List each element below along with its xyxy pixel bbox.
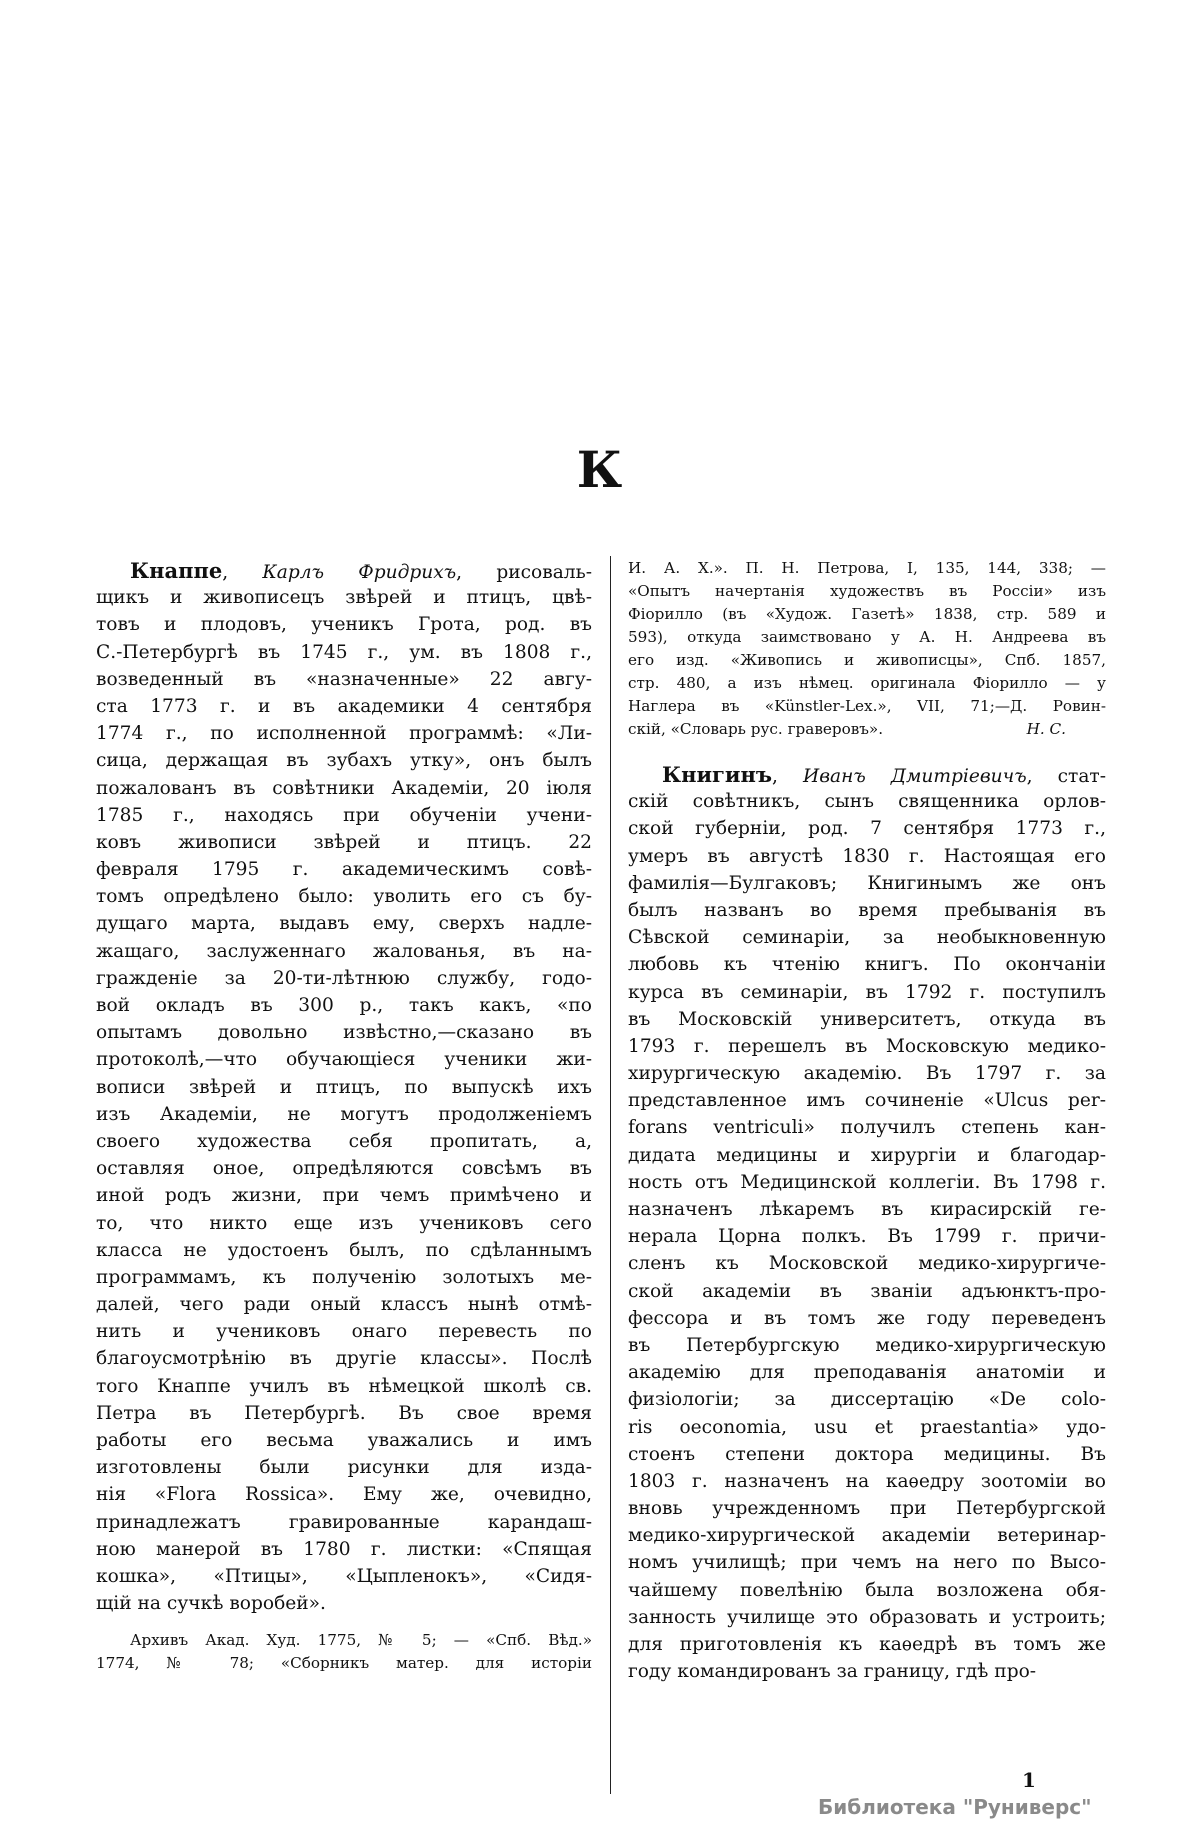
text-line: ность отъ Медицинской коллегіи. Въ 1798 … (628, 1169, 1106, 1196)
reference-line: скій, «Словарь рус. граверовъ». (628, 718, 883, 741)
text-line: академію для преподаванія анатоміи и (628, 1359, 1106, 1386)
text-line: любовь къ чтенію книгъ. По окончаніи (628, 951, 1106, 978)
text-line: Петра въ Петербургѣ. Въ свое время (96, 1400, 592, 1427)
text-line: нія «Flora Rossica». Ему же, очевидно, (96, 1481, 592, 1508)
text-line: скій совѣтникъ, сынъ священника орлов- (628, 788, 1106, 815)
text-line: сица, держащая въ зубахъ утку», онъ былъ (96, 747, 592, 774)
library-watermark: Библиотека "Руниверс" (818, 1795, 1092, 1819)
reference-last-line: скій, «Словарь рус. граверовъ». Н. С. (628, 718, 1106, 741)
entry-first-name-knigin: Иванъ Дмитріевичъ (803, 766, 1027, 787)
author-signature: Н. С. (1027, 718, 1106, 741)
text-line: курса въ семинаріи, въ 1792 г. поступилъ (628, 979, 1106, 1006)
text-line: изъ Академіи, не могутъ продолженіемъ (96, 1101, 592, 1128)
text-line: изготовлены были рисунки для изда- (96, 1454, 592, 1481)
text-line: того Кнаппе училъ въ нѣмецкой школѣ св. (96, 1373, 592, 1400)
text-line: вописи звѣрей и птицъ, по выпускѣ ихъ (96, 1074, 592, 1101)
text-line: щикъ и живописецъ звѣрей и птицъ, цвѣ- (96, 584, 592, 611)
right-column: И. А. Х.». П. Н. Петрова, I, 135, 144, 3… (628, 557, 1106, 1685)
text-line: 1785 г., находясь при обученіи учени- (96, 802, 592, 829)
text-line: щій на сучкѣ воробей». (96, 1590, 592, 1617)
section-letter-heading: К (0, 440, 1200, 499)
text-line: 1803 г. назначенъ на каѳедру зоотоміи во (628, 1468, 1106, 1495)
text-line: нить и учениковъ онаго перевесть по (96, 1318, 592, 1345)
text-line: умеръ въ августѣ 1830 г. Настоящая его (628, 843, 1106, 870)
text-line: вновь учрежденномъ при Петербургской (628, 1495, 1106, 1522)
text-line: для приготовленія къ каѳедрѣ въ томъ же (628, 1631, 1106, 1658)
entry-name-knappe: Кнаппе (130, 558, 222, 583)
text-line: далей, чего ради оный классъ нынѣ отмѣ- (96, 1291, 592, 1318)
text-line: класса не удостоенъ былъ, по сдѣланнымъ (96, 1237, 592, 1264)
text-line: принадлежатъ гравированные карандаш- (96, 1509, 592, 1536)
text-line: протоколѣ,—что обучающіеся ученики жи- (96, 1046, 592, 1073)
text-line: дущаго марта, выдавъ ему, сверхъ надле- (96, 910, 592, 937)
column-divider (610, 556, 611, 1794)
text-line: ris oeconomia, usu et praestantia» удо- (628, 1414, 1106, 1441)
left-column: Кнаппе, рисоваль-, Карлъ Фридрихъ, рисов… (96, 557, 592, 1675)
text-line: жащаго, заслуженнаго жалованья, въ на- (96, 938, 592, 965)
text-line: программамъ, къ полученію золотыхъ ме- (96, 1264, 592, 1291)
text-line: ною манерой въ 1780 г. листки: «Спящая (96, 1536, 592, 1563)
text-line: товъ и плодовъ, ученикъ Грота, род. въ (96, 611, 592, 638)
text-line: чайшему повелѣнію была возложена обя- (628, 1577, 1106, 1604)
reference-line: Наглера въ «Künstler-Lex.», VII, 71;—Д. … (628, 695, 1106, 718)
text-line: 1774 г., по исполненной программѣ: «Ли- (96, 720, 592, 747)
text-line: 1793 г. перешелъ въ Московскую медико- (628, 1033, 1106, 1060)
text-line: Сѣвской семинаріи, за необыкновенную (628, 924, 1106, 951)
text-line: занность училище это образовать и устрои… (628, 1604, 1106, 1631)
entry-heading-rest: , стат- (1027, 766, 1106, 787)
text-line: былъ названъ во время пребыванія въ (628, 897, 1106, 924)
text-line: гражденіе за 20-ти-лѣтнюю службу, годо- (96, 965, 592, 992)
text-line: работы его весьма уважались и имъ (96, 1427, 592, 1454)
text-line: въ Московскій университетъ, откуда въ (628, 1006, 1106, 1033)
text-line: февраля 1795 г. академическимъ совѣ- (96, 856, 592, 883)
text-line: физіологіи; за диссертацію «De colo- (628, 1386, 1106, 1413)
text-line: ста 1773 г. и въ академики 4 сентября (96, 693, 592, 720)
entry-body-knigin: скій совѣтникъ, сынъ священника орлов-ск… (628, 788, 1106, 1685)
entry-heading-line: Книгинъ, Иванъ Дмитріевичъ, стат- (628, 761, 1106, 788)
reference-line: И. А. Х.». П. Н. Петрова, I, 135, 144, 3… (628, 557, 1106, 580)
text-line: С.-Петербургѣ въ 1745 г., ум. въ 1808 г.… (96, 639, 592, 666)
text-line: году командированъ за границу, гдѣ про- (628, 1658, 1106, 1685)
text-line: возведенный въ «назначенные» 22 авгу- (96, 666, 592, 693)
references-knappe-right: И. А. Х.». П. Н. Петрова, I, 135, 144, 3… (628, 557, 1106, 741)
entry-name-knigin: Книгинъ (662, 762, 772, 787)
entry-heading-rest: , рисоваль- (456, 562, 592, 583)
text-line: вой окладъ въ 300 р., такъ какъ, «по (96, 992, 592, 1019)
text-line: сленъ къ Московской медико-хирургиче- (628, 1250, 1106, 1277)
text-line: то, что никто еще изъ учениковъ сего (96, 1210, 592, 1237)
references-knappe-left: Архивъ Акад. Худ. 1775, № 5; — «Спб. Вѣд… (96, 1629, 592, 1675)
text-line: назначенъ лѣкаремъ въ кирасирскій ге- (628, 1196, 1106, 1223)
reference-line: Фіорилло (въ «Худож. Газетѣ» 1838, стр. … (628, 603, 1106, 626)
text-line: оставляя оное, опредѣляются совсѣмъ въ (96, 1155, 592, 1182)
text-line: въ Петербургскую медико-хирургическую (628, 1332, 1106, 1359)
entry-heading-line: Кнаппе, рисоваль-, Карлъ Фридрихъ, рисов… (96, 557, 592, 584)
text-line: фамилія—Булгаковъ; Книгинымъ же онъ (628, 870, 1106, 897)
text-line: фессора и въ томъ же году переведенъ (628, 1305, 1106, 1332)
text-line: опытамъ довольно извѣстно,—сказано въ (96, 1019, 592, 1046)
text-line: ской академіи въ званіи адъюнктъ-про- (628, 1278, 1106, 1305)
text-line: ковъ живописи звѣрей и птицъ. 22 (96, 829, 592, 856)
page-number: 1 (1022, 1768, 1036, 1792)
text-line: пожалованъ въ совѣтники Академіи, 20 іюл… (96, 775, 592, 802)
text-line: хирургическую академію. Въ 1797 г. за (628, 1060, 1106, 1087)
reference-line: стр. 480, а изъ нѣмец. оригинала Фіорилл… (628, 672, 1106, 695)
text-line: своего художества себя пропитать, а, (96, 1128, 592, 1155)
text-line: благоусмотрѣнію въ другіе классы». Послѣ (96, 1345, 592, 1372)
text-line: номъ училищѣ; при чемъ на него по Высо- (628, 1549, 1106, 1576)
text-line: дидата медицины и хирургіи и благодар- (628, 1142, 1106, 1169)
text-line: представленное имъ сочиненіе «Ulcus per- (628, 1087, 1106, 1114)
text-line: иной родъ жизни, при чемъ примѣчено и (96, 1182, 592, 1209)
text-line: медико-хирургической академіи ветеринар- (628, 1522, 1106, 1549)
reference-line: «Опытъ начертанія художествъ въ Россіи» … (628, 580, 1106, 603)
text-line: кошка», «Птицы», «Цыпленокъ», «Сидя- (96, 1563, 592, 1590)
entry-first-name-knappe: Карлъ Фридрихъ (262, 562, 456, 583)
reference-line: 593), откуда заимствовано у А. Н. Андрее… (628, 626, 1106, 649)
entry-body-knappe: щикъ и живописецъ звѣрей и птицъ, цвѣ-то… (96, 584, 592, 1617)
text-line: стоенъ степени доктора медицины. Въ (628, 1441, 1106, 1468)
text-line: forans ventriculi» получилъ степень кан- (628, 1114, 1106, 1141)
reference-line: 1774, № 78; «Сборникъ матер. для исторіи (96, 1652, 592, 1675)
text-line: томъ опредѣлено было: уволить его съ бу- (96, 883, 592, 910)
text-line: ской губерніи, род. 7 сентября 1773 г., (628, 815, 1106, 842)
text-line: нерала Цорна полкъ. Въ 1799 г. причи- (628, 1223, 1106, 1250)
reference-line: Архивъ Акад. Худ. 1775, № 5; — «Спб. Вѣд… (96, 1629, 592, 1652)
reference-line: его изд. «Живопись и живописцы», Спб. 18… (628, 649, 1106, 672)
